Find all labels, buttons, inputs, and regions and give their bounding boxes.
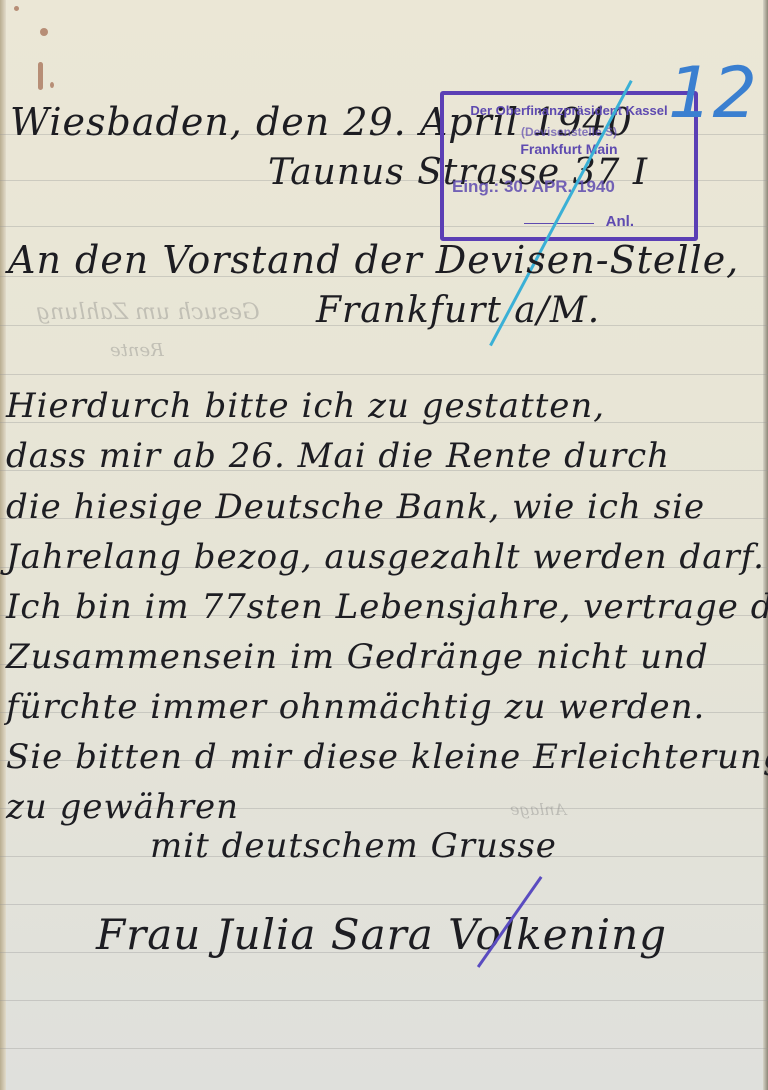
ruled-line bbox=[0, 1048, 768, 1049]
body-line: fürchte immer ohnmächtig zu werden. bbox=[6, 687, 705, 727]
bleed-through-text: Rente bbox=[110, 340, 164, 361]
ruled-line bbox=[0, 374, 768, 375]
file-number-annotation: 12 bbox=[668, 52, 757, 134]
body-line: Hierdurch bitte ich zu gestatten, bbox=[6, 386, 605, 426]
stamp-enclosures: Anl. bbox=[444, 213, 634, 230]
body-line: Ich bin im 77sten Lebensjahre, vertrage … bbox=[6, 587, 768, 627]
rust-stain bbox=[50, 82, 54, 88]
bleed-through-text: Gesuch um Zahlung bbox=[36, 300, 260, 325]
bleed-through-text: Anlage bbox=[510, 800, 566, 819]
rust-stain bbox=[38, 62, 43, 90]
stamp-department: (Devisenstelle S) bbox=[444, 125, 694, 139]
receipt-stamp: Der Oberfinanzpräsident Kassel (Devisens… bbox=[440, 91, 698, 241]
body-line: die hiesige Deutsche Bank, wie ich sie bbox=[6, 487, 705, 527]
ruled-line bbox=[0, 1000, 768, 1001]
rust-stain bbox=[40, 28, 48, 36]
ruled-line bbox=[0, 904, 768, 905]
stamp-city: Frankfurt Main bbox=[444, 141, 694, 157]
recipient-city: Frankfurt a/M. bbox=[316, 290, 600, 331]
body-line: Zusammensein im Gedränge nicht und bbox=[6, 637, 709, 677]
body-line: dass mir ab 26. Mai die Rente durch bbox=[6, 436, 670, 476]
recipient-line: An den Vorstand der Devisen-Stelle, bbox=[8, 238, 739, 282]
body-line: Jahrelang bezog, ausgezahlt werden darf. bbox=[6, 537, 765, 577]
body-line: zu gewähren bbox=[6, 787, 239, 827]
signature: Frau Julia Sara Volkening bbox=[96, 910, 667, 959]
body-line: Sie bitten d mir diese kleine Erleichter… bbox=[6, 737, 768, 777]
stamp-authority: Der Oberfinanzpräsident Kassel bbox=[444, 103, 694, 118]
closing-salutation: mit deutschem Grusse bbox=[150, 826, 557, 866]
rust-stain bbox=[14, 6, 19, 11]
